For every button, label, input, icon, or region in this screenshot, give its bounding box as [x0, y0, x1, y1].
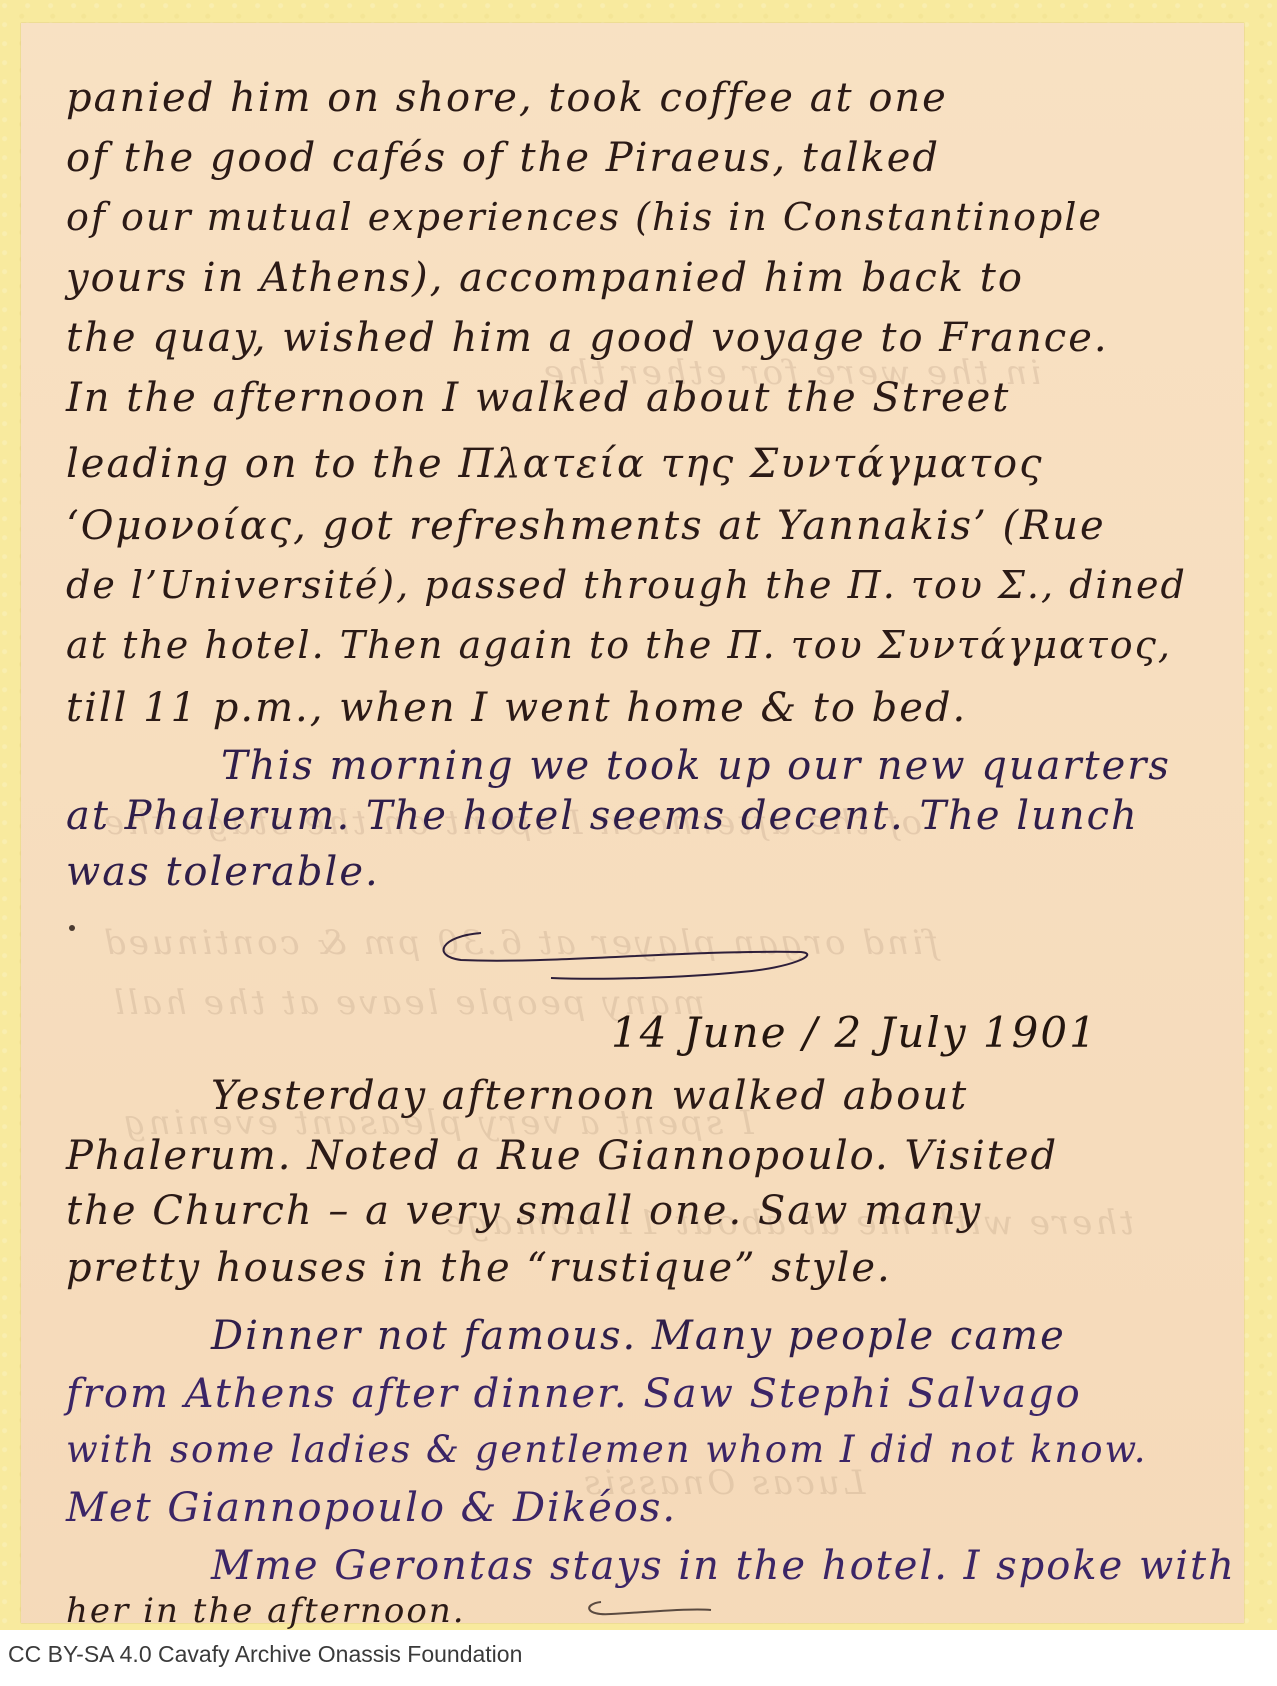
text-line: Yesterday afternoon walked about: [211, 1073, 968, 1119]
section-divider-flourish-icon: [431, 928, 811, 988]
text-line: Met Giannopoulo & Dikéos.: [66, 1485, 677, 1531]
text-line: at the hotel. Then again to the Π. του Σ…: [66, 623, 1172, 667]
text-line: of the good cafés of the Piraeus, talked: [66, 135, 940, 181]
text-line: at Phalerum. The hotel seems decent. The…: [66, 793, 1139, 839]
text-line: of our mutual experiences (his in Consta…: [66, 195, 1103, 239]
text-line: In the afternoon I walked about the Stre…: [66, 375, 1010, 421]
text-line: the quay, wished him a good voyage to Fr…: [66, 315, 1109, 361]
text-line: her in the afternoon.: [66, 1591, 466, 1631]
ink-dot: [69, 925, 75, 931]
text-line: Mme Gerontas stays in the hotel. I spoke…: [211, 1543, 1236, 1589]
text-line: panied him on shore, took coffee at one: [66, 75, 948, 121]
entry-date: 14 June / 2 July 1901: [611, 1008, 1098, 1057]
text-line: Dinner not famous. Many people came: [211, 1313, 1066, 1359]
text-line: the Church – a very small one. Saw many: [66, 1188, 982, 1234]
text-line: from Athens after dinner. Saw Stephi Sal…: [66, 1371, 1082, 1417]
bottom-flourish-icon: [581, 1598, 721, 1622]
text-line: Phalerum. Noted a Rue Giannopoulo. Visit…: [66, 1133, 1058, 1179]
text-line: yours in Athens), accompanied him back t…: [66, 255, 1024, 301]
text-line: ‘Ομονοίας, got refreshments at Yannakis’…: [66, 503, 1106, 549]
text-line: till 11 p.m., when I went home & to bed.: [66, 685, 967, 731]
manuscript-page: in the were for ether the of the afterno…: [21, 23, 1244, 1623]
text-line: de l’Université), passed through the Π. …: [66, 563, 1187, 607]
text-line: pretty houses in the “rustique” style.: [66, 1245, 892, 1291]
text-line: This morning we took up our new quarters: [221, 743, 1171, 789]
text-line: leading on to the Πλατεία της Συντάγματο…: [66, 441, 1044, 487]
text-line: with some ladies & gentlemen whom I did …: [66, 1428, 1148, 1471]
license-caption: CC BY-SA 4.0 Cavafy Archive Onassis Foun…: [8, 1641, 522, 1668]
text-line: was tolerable.: [66, 849, 380, 895]
